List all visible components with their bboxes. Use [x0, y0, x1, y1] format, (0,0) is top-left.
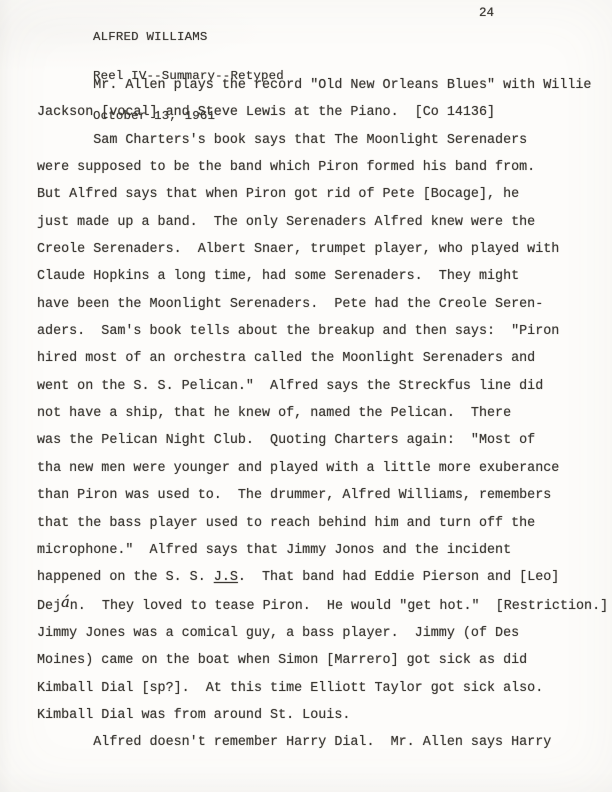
document-body: Mr. Allen plays the record "Old New Orle… — [37, 72, 608, 757]
text-segment: Dej — [37, 599, 61, 614]
text-line: Kimball Dial was from around St. Louis. — [37, 702, 608, 729]
text-line: have been the Moonlight Serenaders. Pete… — [37, 291, 608, 318]
text-line: not have a ship, that he knew of, named … — [37, 400, 608, 427]
text-segment: hired most of an orchestra called the Mo… — [37, 351, 535, 366]
text-segment: Moines) came on the boat when Simon [Mar… — [37, 653, 527, 668]
text-line: Jackson [vocal] and Steve Lewis at the P… — [37, 99, 608, 126]
text-line: just made up a band. The only Serenaders… — [37, 209, 608, 236]
text-segment: But Alfred says that when Piron got rid … — [37, 187, 519, 202]
text-segment: n. They loved to tease Piron. He would "… — [70, 599, 608, 614]
text-segment: Creole Serenaders. Albert Snaer, trumpet… — [37, 242, 559, 257]
text-segment: Kimball Dial [sp?]. At this time Elliott… — [37, 681, 543, 696]
text-line: But Alfred says that when Piron got rid … — [37, 181, 608, 208]
text-segment: that the bass player used to reach behin… — [37, 516, 535, 531]
handwritten-accent: á — [61, 590, 70, 617]
text-line: Claude Hopkins a long time, had some Ser… — [37, 263, 608, 290]
text-segment: Kimball Dial was from around St. Louis. — [37, 708, 350, 723]
text-segment: Jimmy Jones was a comical guy, a bass pl… — [37, 626, 519, 641]
text-segment: not have a ship, that he knew of, named … — [37, 406, 511, 421]
text-line: hired most of an orchestra called the Mo… — [37, 345, 608, 372]
text-line: Deján. They loved to tease Piron. He wou… — [37, 592, 608, 620]
text-segment: just made up a band. The only Serenaders… — [37, 215, 535, 230]
header-title: ALFRED WILLIAMS — [93, 31, 284, 44]
text-line: Alfred doesn't remember Harry Dial. Mr. … — [37, 729, 608, 756]
document-page: ALFRED WILLIAMS Reel IV--Summary--Retype… — [0, 0, 612, 792]
text-segment: was the Pelican Night Club. Quoting Char… — [37, 433, 535, 448]
text-line: Mr. Allen plays the record "Old New Orle… — [37, 72, 608, 99]
text-segment: Sam Charters's book says that The Moonli… — [37, 133, 527, 148]
text-line: aders. Sam's book tells about the breaku… — [37, 318, 608, 345]
page-number: 24 — [479, 6, 494, 20]
text-segment: Alfred doesn't remember Harry Dial. Mr. … — [37, 735, 551, 750]
text-line: went on the S. S. Pelican." Alfred says … — [37, 373, 608, 400]
text-segment: Claude Hopkins a long time, had some Ser… — [37, 269, 519, 284]
text-segment: tha new men were younger and played with… — [37, 461, 559, 476]
text-line: were supposed to be the band which Piron… — [37, 154, 608, 181]
text-line: Kimball Dial [sp?]. At this time Elliott… — [37, 675, 608, 702]
text-line: was the Pelican Night Club. Quoting Char… — [37, 427, 608, 454]
text-line: that the bass player used to reach behin… — [37, 510, 608, 537]
text-segment: aders. Sam's book tells about the breaku… — [37, 324, 559, 339]
text-segment: Jackson [vocal] and Steve Lewis at the P… — [37, 105, 495, 120]
text-line: microphone." Alfred says that Jimmy Jono… — [37, 537, 608, 564]
text-line: Sam Charters's book says that The Moonli… — [37, 127, 608, 154]
text-line: Jimmy Jones was a comical guy, a bass pl… — [37, 620, 608, 647]
text-line: tha new men were younger and played with… — [37, 455, 608, 482]
text-line: happened on the S. S. J.S. That band had… — [37, 564, 608, 591]
text-segment: have been the Moonlight Serenaders. Pete… — [37, 297, 543, 312]
text-line: Creole Serenaders. Albert Snaer, trumpet… — [37, 236, 608, 263]
underlined-ship-name: J.S — [214, 570, 238, 585]
text-segment: were supposed to be the band which Piron… — [37, 160, 535, 175]
text-line: than Piron was used to. The drummer, Alf… — [37, 482, 608, 509]
text-line: Moines) came on the boat when Simon [Mar… — [37, 647, 608, 674]
text-segment: happened on the S. S. — [37, 570, 214, 585]
text-segment: Mr. Allen plays the record "Old New Orle… — [37, 78, 591, 93]
text-segment: microphone." Alfred says that Jimmy Jono… — [37, 543, 511, 558]
text-segment: . That band had Eddie Pierson and [Leo] — [238, 570, 559, 585]
text-segment: went on the S. S. Pelican." Alfred says … — [37, 379, 543, 394]
text-segment: than Piron was used to. The drummer, Alf… — [37, 488, 551, 503]
